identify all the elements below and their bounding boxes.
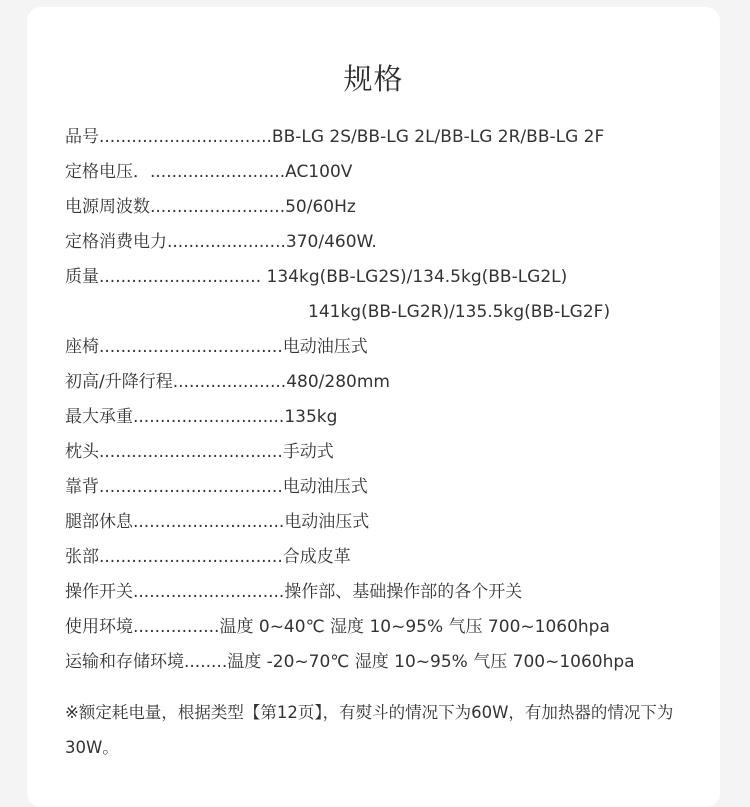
spec-label: 初高/升降行程..................... xyxy=(65,372,286,392)
spec-card: 规格 品号................................BB-… xyxy=(27,7,720,780)
spec-label: 操作开关............................ xyxy=(65,582,284,602)
spec-label: 质量.............................. xyxy=(65,267,267,287)
spec-value: 电动油压式 xyxy=(284,512,369,532)
spec-value: BB-LG 2S/BB-LG 2L/BB-LG 2R/BB-LG 2F xyxy=(272,127,604,147)
spec-value: AC100V xyxy=(285,162,352,182)
spec-value: 电动油压式 xyxy=(283,337,368,357)
spec-label: 座椅.................................. xyxy=(65,337,283,357)
spec-row-switches: 操作开关............................操作部、基础操作… xyxy=(65,575,715,610)
spec-row-storage-env: 运输和存储环境........温度 -20~70℃ 湿度 10~95% 气压 7… xyxy=(65,645,715,680)
spec-row-upholstery: 张部..................................合成皮革 xyxy=(65,540,715,575)
spec-value: 135kg xyxy=(284,407,337,427)
spec-row-power: 定格消费电力......................370/460W. xyxy=(65,225,715,260)
spec-value: 操作部、基础操作部的各个开关 xyxy=(284,582,522,602)
spec-row-weight: 质量.............................. 134kg(B… xyxy=(65,260,715,295)
spec-value: 手动式 xyxy=(283,442,334,462)
spec-label: 张部.................................. xyxy=(65,547,283,567)
spec-list: 品号................................BB-LG … xyxy=(65,120,715,680)
spec-row-weight-continued: 141kg(BB-LG2R)/135.5kg(BB-LG2F) xyxy=(65,295,715,330)
spec-value: 电动油压式 xyxy=(283,477,368,497)
spec-row-max-load: 最大承重............................135kg xyxy=(65,400,715,435)
spec-label: 使用环境................ xyxy=(65,617,219,637)
spec-label: 品号................................ xyxy=(65,127,272,147)
spec-value: 合成皮革 xyxy=(283,547,351,567)
spec-value: 温度 -20~70℃ 湿度 10~95% 气压 700~1060hpa xyxy=(227,652,634,672)
spec-value: 温度 0~40℃ 湿度 10~95% 气压 700~1060hpa xyxy=(219,617,609,637)
spec-value: 370/460W. xyxy=(286,232,377,252)
spec-label: 腿部休息............................ xyxy=(65,512,284,532)
spec-row-model: 品号................................BB-LG … xyxy=(65,120,715,155)
spec-row-legrest: 腿部休息............................电动油压式 xyxy=(65,505,715,540)
spec-label: 定格电压．......................... xyxy=(65,162,285,182)
spec-row-backrest: 靠背..................................电动油压… xyxy=(65,470,715,505)
spec-row-seat: 座椅..................................电动油压… xyxy=(65,330,715,365)
spec-row-height-stroke: 初高/升降行程.....................480/280mm xyxy=(65,365,715,400)
spec-row-operating-env: 使用环境................温度 0~40℃ 湿度 10~95% 气… xyxy=(65,610,715,645)
spec-label: 枕头.................................. xyxy=(65,442,283,462)
spec-value: 134kg(BB-LG2S)/134.5kg(BB-LG2L) xyxy=(267,267,568,287)
spec-value: 50/60Hz xyxy=(285,197,356,217)
spec-row-voltage: 定格电压．.........................AC100V xyxy=(65,155,715,190)
spec-value: 480/280mm xyxy=(286,372,390,392)
spec-value: 141kg(BB-LG2R)/135.5kg(BB-LG2F) xyxy=(308,302,610,322)
page-title: 规格 xyxy=(27,57,720,98)
spec-label: 定格消费电力...................... xyxy=(65,232,286,252)
spec-row-frequency: 电源周波数.........................50/60Hz xyxy=(65,190,715,225)
spec-label: 运输和存储环境........ xyxy=(65,652,227,672)
spec-row-headrest: 枕头..................................手动式 xyxy=(65,435,715,470)
spec-label: 靠背.................................. xyxy=(65,477,283,497)
spec-label: 最大承重............................ xyxy=(65,407,284,427)
footnote: ※额定耗电量，根据类型【第12页】，有熨斗的情况下为60W，有加热器的情况下为3… xyxy=(65,695,705,765)
spec-label: 电源周波数......................... xyxy=(65,197,285,217)
